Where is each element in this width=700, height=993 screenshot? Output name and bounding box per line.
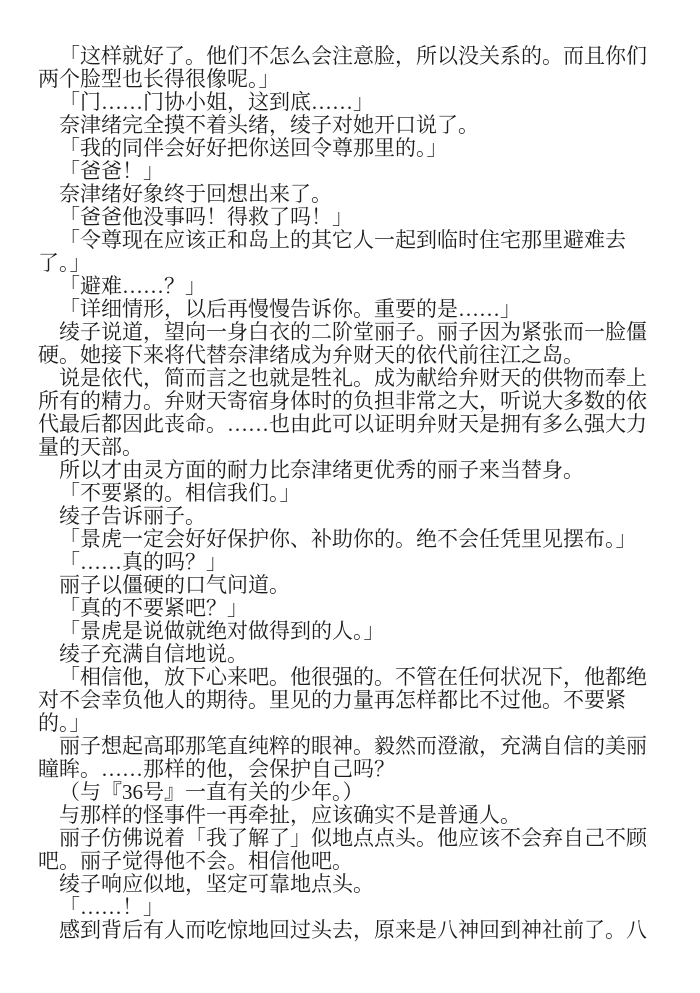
text-line: 丽子仿佛说着「我了解了」似地点点头。他应该不会弃自己不顾 [38, 827, 678, 850]
text-line: 对不会幸负他人的期待。里见的力量再怎样都比不过他。不要紧 [38, 689, 678, 712]
text-line: 瞳眸。……那样的他，会保护自己吗？ [38, 758, 678, 781]
text-line: 「门……门协小姐，这到底……」 [38, 91, 678, 114]
text-line: 所以才由灵方面的耐力比奈津绪更优秀的丽子来当替身。 [38, 459, 678, 482]
text-line: 「令尊现在应该正和岛上的其它人一起到临时住宅那里避难去 [38, 229, 678, 252]
text-line: 感到背后有人而吃惊地回过头去，原来是八神回到神社前了。八 [38, 919, 678, 942]
text-line: 绫子告诉丽子。 [38, 505, 678, 528]
text-line: 「详细情形，以后再慢慢告诉你。重要的是……」 [38, 298, 678, 321]
text-line: 硬。她接下来将代替奈津绪成为弁财天的依代前往江之岛。 [38, 344, 678, 367]
text-line: （与『36号』一直有关的少年。） [38, 781, 678, 804]
text-block: 「这样就好了。他们不怎么会注意脸，所以没关系的。而且你们两个脸型也长得很像呢。」… [38, 45, 678, 942]
text-line: 「这样就好了。他们不怎么会注意脸，所以没关系的。而且你们 [38, 45, 678, 68]
text-line: 「我的同伴会好好把你送回令尊那里的。」 [38, 137, 678, 160]
text-line: 了。」 [38, 252, 678, 275]
text-line: 绫子说道，望向一身白衣的二阶堂丽子。丽子因为紧张而一脸僵 [38, 321, 678, 344]
text-line: 吧。丽子觉得他不会。相信他吧。 [38, 850, 678, 873]
document-page: 「这样就好了。他们不怎么会注意脸，所以没关系的。而且你们两个脸型也长得很像呢。」… [0, 0, 700, 993]
text-line: 与那样的怪事件一再牵扯，应该确实不是普通人。 [38, 804, 678, 827]
text-line: 奈津绪好象终于回想出来了。 [38, 183, 678, 206]
text-line: 绫子响应似地，坚定可靠地点头。 [38, 873, 678, 896]
text-line: 「……！」 [38, 896, 678, 919]
text-line: 所有的精力。弁财天寄宿身体时的负担非常之大，听说大多数的依 [38, 390, 678, 413]
text-line: 丽子以僵硬的口气问道。 [38, 574, 678, 597]
text-line: 「景虎一定会好好保护你、补助你的。绝不会任凭里见摆布。」 [38, 528, 678, 551]
text-line: 「真的不要紧吧？」 [38, 597, 678, 620]
text-line: 「相信他，放下心来吧。他很强的。不管在任何状况下，他都绝 [38, 666, 678, 689]
text-line: 「爸爸他没事吗！得救了吗！」 [38, 206, 678, 229]
text-line: 说是依代，简而言之也就是牲礼。成为献给弁财天的供物而奉上 [38, 367, 678, 390]
text-line: 「不要紧的。相信我们。」 [38, 482, 678, 505]
text-line: 奈津绪完全摸不着头绪，绫子对她开口说了。 [38, 114, 678, 137]
text-line: 代最后都因此丧命。……也由此可以证明弁财天是拥有多么强大力 [38, 413, 678, 436]
text-line: 「避难……？」 [38, 275, 678, 298]
text-line: 量的天部。 [38, 436, 678, 459]
text-line: 「……真的吗？」 [38, 551, 678, 574]
text-line: 的。」 [38, 712, 678, 735]
text-line: 「景虎是说做就绝对做得到的人。」 [38, 620, 678, 643]
text-line: 两个脸型也长得很像呢。」 [38, 68, 678, 91]
text-line: 丽子想起高耶那笔直纯粹的眼神。毅然而澄澈，充满自信的美丽 [38, 735, 678, 758]
text-line: 「爸爸！」 [38, 160, 678, 183]
text-line: 绫子充满自信地说。 [38, 643, 678, 666]
